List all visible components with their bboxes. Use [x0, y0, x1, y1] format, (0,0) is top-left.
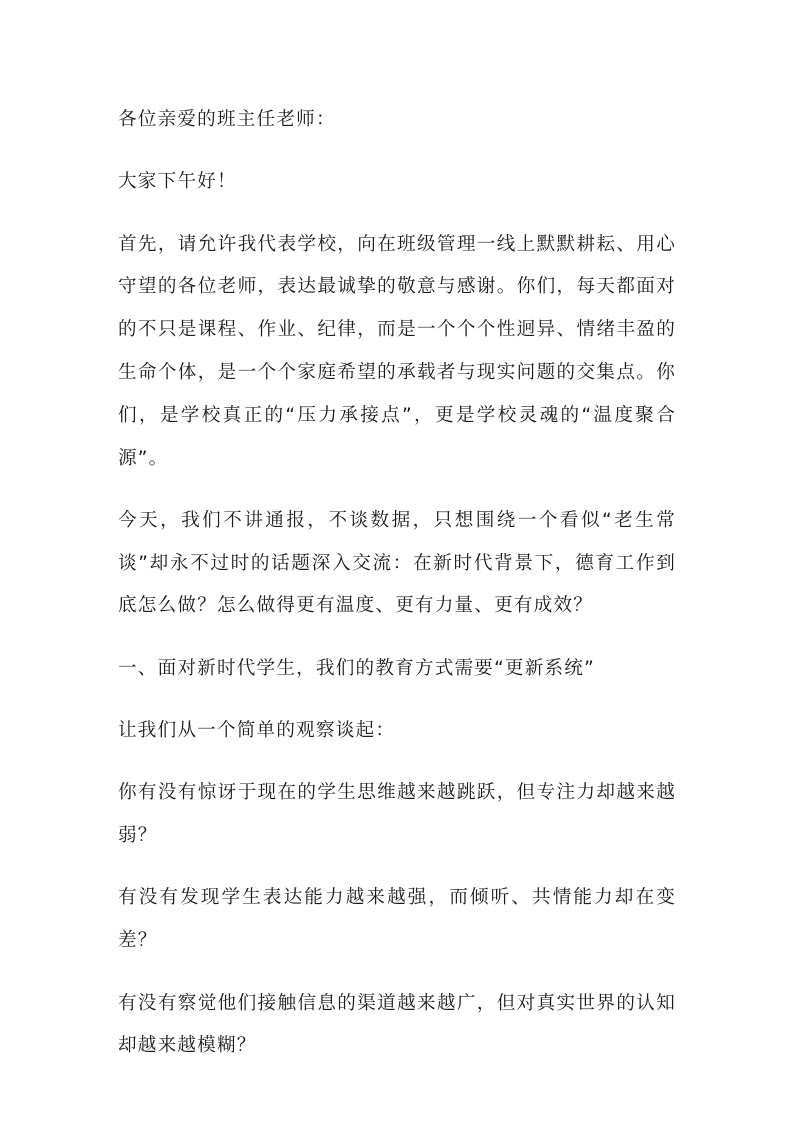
greeting: 大家下午好！: [118, 161, 676, 204]
opening-paragraph: 首先，请允许我代表学校，向在班级管理一线上默默耕耘、用心守望的各位老师，表达最诚…: [118, 224, 676, 481]
section-heading-1: 一、面对新时代学生，我们的教育方式需要“更新系统”: [118, 648, 676, 691]
salutation: 各位亲爱的班主任老师：: [118, 99, 676, 142]
question-paragraph-1: 你有没有惊讶于现在的学生思维越来越跳跃，但专注力却越来越弱？: [118, 772, 676, 858]
document-page: 各位亲爱的班主任老师： 大家下午好！ 首先，请允许我代表学校，向在班级管理一线上…: [118, 99, 676, 1088]
question-paragraph-3: 有没有察觉他们接触信息的渠道越来越广，但对真实世界的认知却越来越模糊？: [118, 983, 676, 1069]
topic-paragraph: 今天，我们不讲通报，不谈数据，只想围绕一个看似“老生常谈”却永不过时的话题深入交…: [118, 500, 676, 628]
observation-intro: 让我们从一个简单的观察谈起：: [118, 710, 676, 753]
question-paragraph-2: 有没有发现学生表达能力越来越强，而倾听、共情能力却在变差？: [118, 877, 676, 963]
